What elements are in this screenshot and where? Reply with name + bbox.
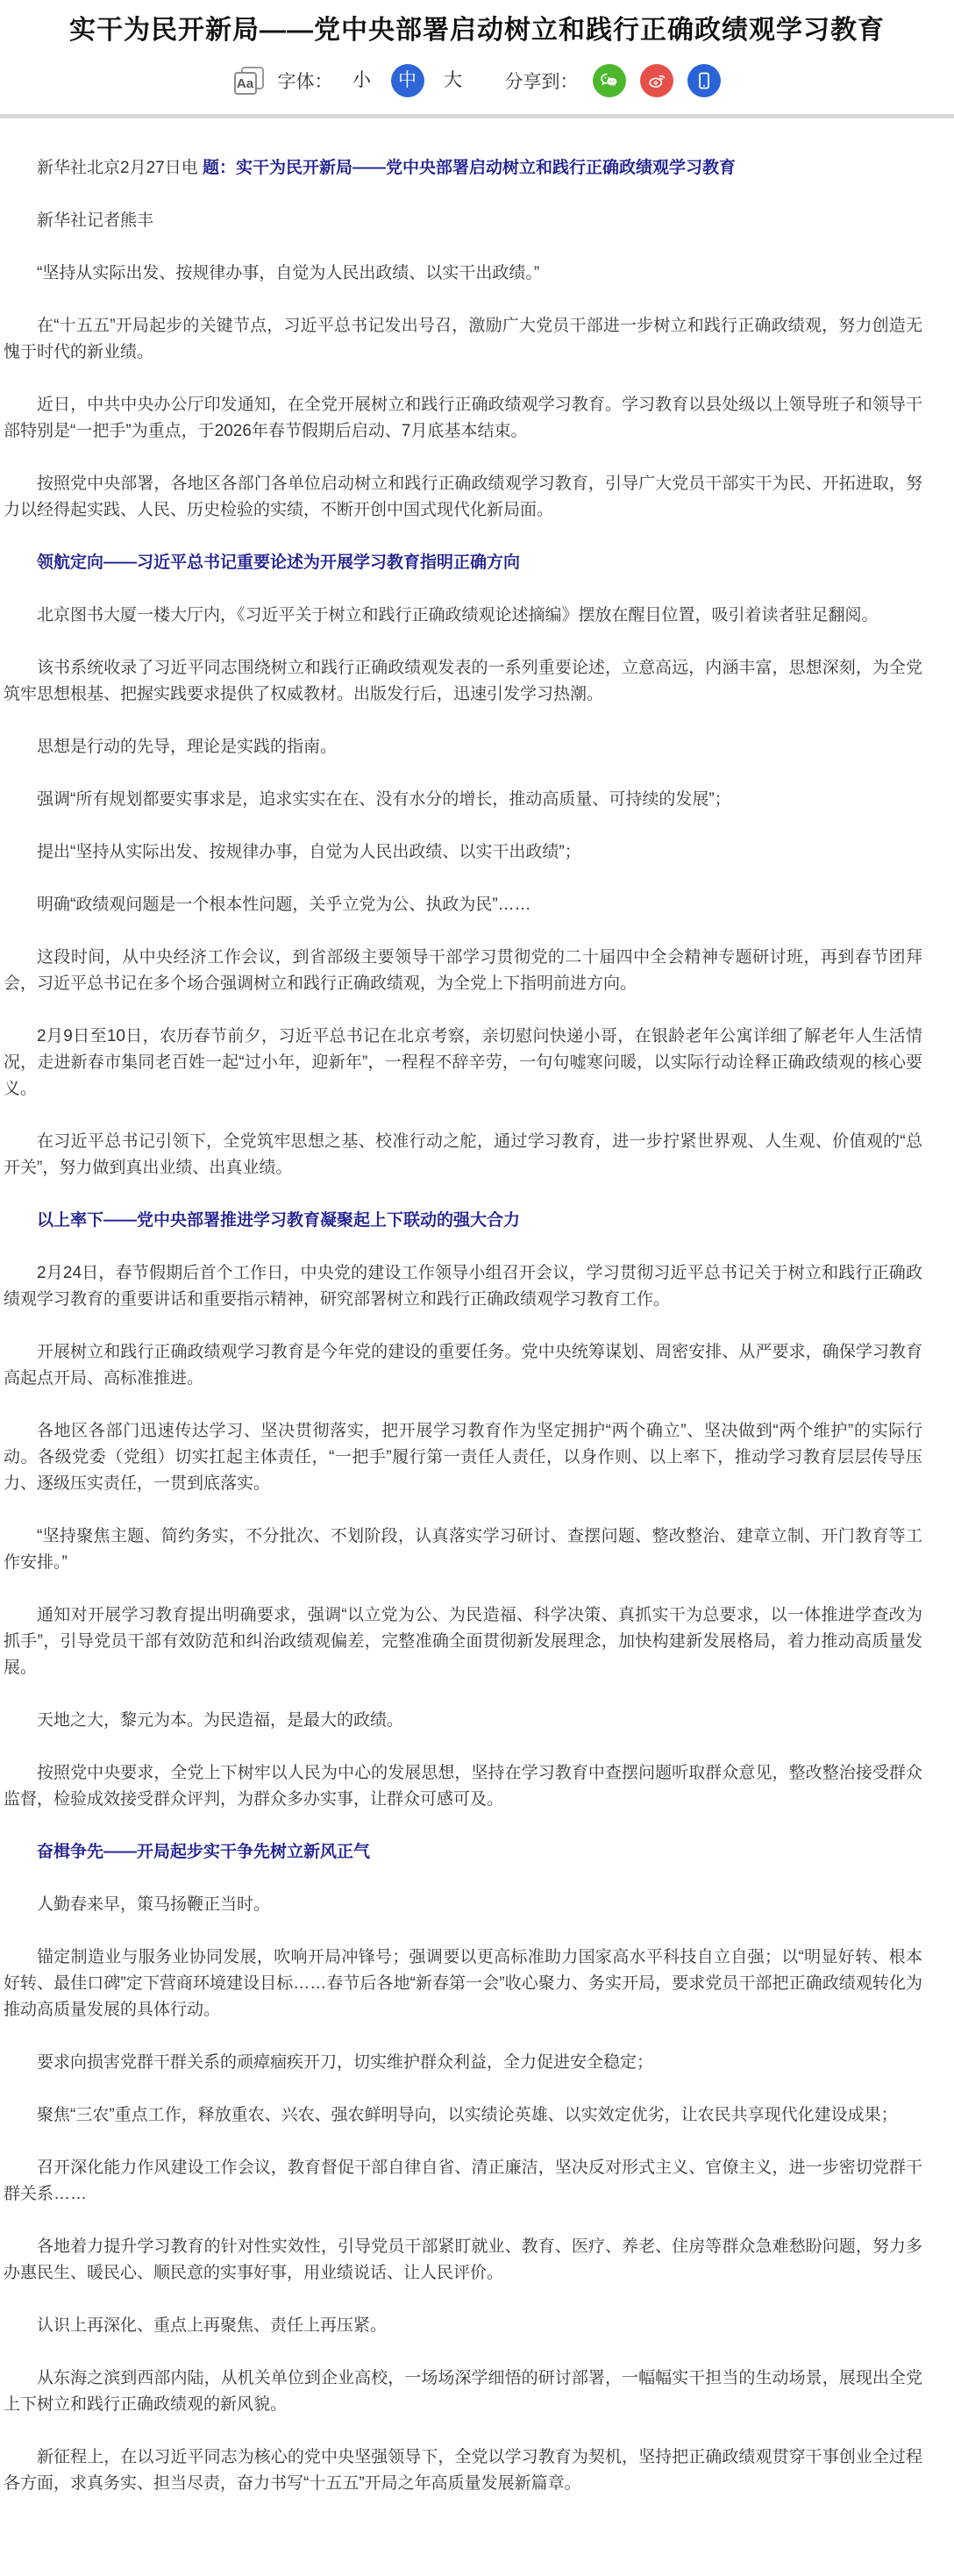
font-label: 字体： — [278, 68, 333, 94]
section-heading: 奋楫争先——开局起步实干争先树立新风正气 — [4, 1839, 922, 1866]
paragraph: 聚焦“三农”重点工作，释放重农、兴农、强农鲜明导向，以实绩论英雄、以实效定优劣，… — [4, 2102, 922, 2129]
paragraph: 这段时间，从中央经济工作会议，到省部级主要领导干部学习贯彻党的二十届四中全会精神… — [4, 945, 922, 997]
paragraph: 通知对开展学习教育提出明确要求，强调“以立党为公、为民造福、科学决策、真抓实干为… — [4, 1602, 922, 1681]
paragraph: 提出“坚持从实际出发、按规律办事，自觉为人民出政绩、以实干出政绩”； — [4, 839, 922, 866]
paragraph: 各地着力提升学习教育的针对性实效性，引导党员干部紧盯就业、教育、医疗、养老、住房… — [4, 2234, 922, 2287]
font-size-medium-button[interactable]: 中 — [391, 64, 424, 97]
font-size-icon: Aa — [234, 67, 264, 95]
paragraph: 近日，中共中央办公厅印发通知，在全党开展树立和践行正确政绩观学习教育。学习教育以… — [4, 392, 922, 445]
dateline-paragraph: 新华社北京2月27日电 题：实干为民开新局——党中央部署启动树立和践行正确政绩观… — [4, 155, 922, 182]
wechat-share-button[interactable] — [593, 64, 626, 97]
section-heading: 领航定向——习近平总书记重要论述为开展学习教育指明正确方向 — [4, 550, 922, 576]
paragraph: 该书系统收录了习近平同志围绕树立和践行正确政绩观发表的一系列重要论述，立意高远，… — [4, 655, 922, 708]
paragraph: 2月9日至10日，农历春节前夕，习近平总书记在北京考察，亲切慰问快递小哥，在银龄… — [4, 1024, 922, 1102]
paragraph: 明确“政绩观问题是一个根本性问题，关乎立党为公、执政为民”…… — [4, 892, 922, 918]
toolbar: Aa 字体： 小 中 大 分享到： — [0, 61, 954, 100]
font-size-large-button[interactable]: 大 — [437, 64, 470, 97]
paragraph: “坚持聚焦主题、简约务实，不分批次、不划阶段，认真落实学习研讨、查摆问题、整改整… — [4, 1523, 922, 1576]
mobile-phone-icon — [694, 70, 715, 91]
paragraph: 开展树立和践行正确政绩观学习教育是今年党的建设的重要任务。党中央统筹谋划、周密安… — [4, 1339, 922, 1392]
page-title: 实干为民开新局——党中央部署启动树立和践行正确政绩观学习教育 — [0, 12, 954, 49]
paragraph: 天地之大，黎元为本。为民造福，是最大的政绩。 — [4, 1708, 922, 1734]
mobile-share-button[interactable] — [687, 64, 721, 97]
paragraph: “坚持从实际出发、按规律办事，自觉为人民出政绩、以实干出政绩。” — [4, 260, 922, 287]
paragraph: 在习近平总书记引领下，全党筑牢思想之基、校准行动之舵，通过学习教育，进一步拧紧世… — [4, 1129, 922, 1181]
article-body: 新华社北京2月27日电 题：实干为民开新局——党中央部署启动树立和践行正确政绩观… — [0, 118, 954, 2576]
paragraph: 新征程上，在以习近平同志为核心的党中央坚强领导下，全党以学习教育为契机，坚持把正… — [4, 2444, 922, 2497]
dateline-prefix: 新华社北京2月27日电 — [37, 159, 203, 177]
paragraph: 北京图书大厦一楼大厅内，《习近平关于树立和践行正确政绩观论述摘编》摆放在醒目位置… — [4, 603, 922, 629]
paragraph: 2月24日，春节假期后首个工作日，中央党的建设工作领导小组召开会议，学习贯彻习近… — [4, 1260, 922, 1313]
paragraph: 召开深化能力作风建设工作会议，教育督促干部自律自省、清正廉洁，坚决反对形式主义、… — [4, 2155, 922, 2208]
paragraph: 认识上再深化、重点上再聚焦、责任上再压紧。 — [4, 2313, 922, 2339]
wechat-icon — [599, 70, 620, 91]
weibo-share-button[interactable] — [640, 64, 673, 97]
paragraph: 锚定制造业与服务业协同发展，吹响开局冲锋号；强调要以更高标准助力国家高水平科技自… — [4, 1944, 922, 2023]
share-label: 分享到： — [505, 68, 579, 94]
weibo-icon — [646, 70, 667, 91]
paragraph: 在“十五五”开局起步的关键节点，习近平总书记发出号召，激励广大党员干部进一步树立… — [4, 313, 922, 366]
paragraph: 按照党中央要求，全党上下树牢以人民为中心的发展思想，坚持在学习教育中查摆问题听取… — [4, 1760, 922, 1813]
paragraph: 新华社记者熊丰 — [4, 208, 922, 234]
paragraph: 各地区各部门迅速传达学习、坚决贯彻落实，把开展学习教育作为坚定拥护“两个确立”、… — [4, 1418, 922, 1497]
section-heading: 以上率下——党中央部署推进学习教育凝聚起上下联动的强大合力 — [4, 1208, 922, 1234]
font-size-icon-front: Aa — [234, 72, 257, 95]
paragraph: 按照党中央部署，各地区各部门各单位启动树立和践行正确政绩观学习教育，引导广大党员… — [4, 471, 922, 524]
paragraph: 人勤春来早，策马扬鞭正当时。 — [4, 1892, 922, 1918]
paragraph: 从东海之滨到西部内陆，从机关单位到企业高校，一场场深学细悟的研讨部署，一幅幅实干… — [4, 2365, 922, 2418]
paragraph: 强调“所有规划都要实事求是，追求实实在在、没有水分的增长，推动高质量、可持续的发… — [4, 787, 922, 813]
article-header: 实干为民开新局——党中央部署启动树立和践行正确政绩观学习教育 Aa 字体： 小 … — [0, 0, 954, 118]
paragraph: 思想是行动的先导，理论是实践的指南。 — [4, 734, 922, 760]
paragraph: 要求向损害党群干群关系的顽瘴痼疾开刀，切实维护群众利益，全力促进安全稳定； — [4, 2050, 922, 2076]
font-size-small-button[interactable]: 小 — [345, 64, 379, 97]
dateline-title: 题：实干为民开新局——党中央部署启动树立和践行正确政绩观学习教育 — [203, 159, 736, 177]
